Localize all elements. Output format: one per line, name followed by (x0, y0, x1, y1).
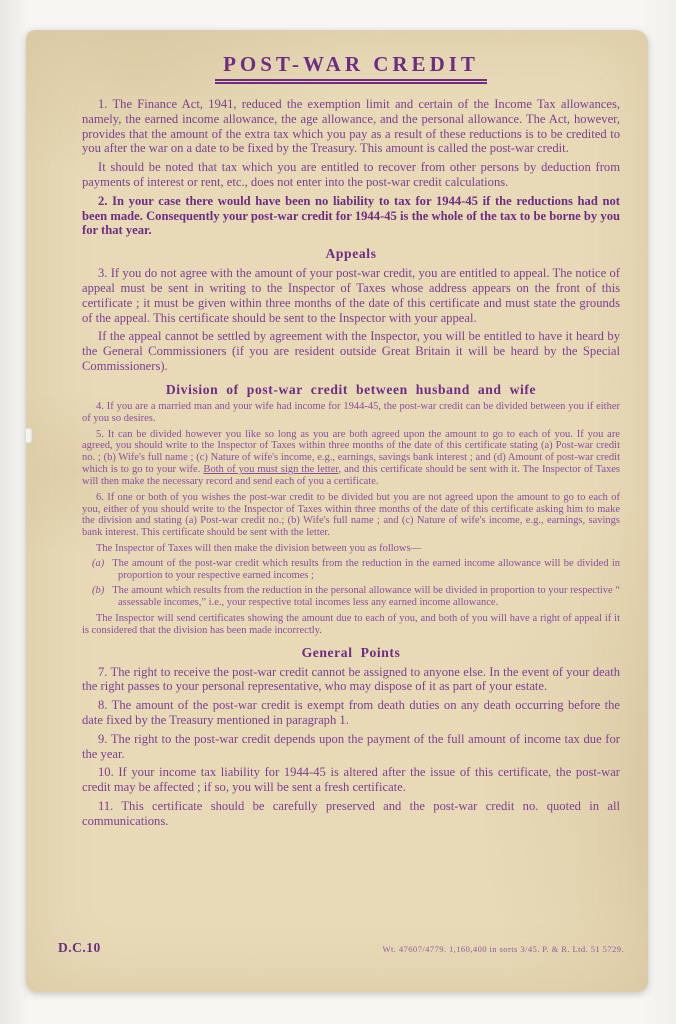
form-number: D.C.10 (58, 940, 101, 956)
paragraph-10: 10. If your income tax liability for 194… (82, 765, 620, 795)
paragraph-note: It should be noted that tax which you ar… (82, 160, 620, 190)
paragraph-6: 6. If one or both of you wishes the post… (82, 492, 620, 540)
division-item-b-label: (b) (92, 585, 112, 596)
paragraph-4: 4. If you are a married man and your wif… (82, 401, 620, 425)
page-footer: D.C.10 Wt. 47607/4779. 1,160,400 in sort… (58, 940, 624, 956)
paragraph-3: 3. If you do not agree with the amount o… (82, 266, 620, 325)
paragraph-9: 9. The right to the post-war credit depe… (82, 732, 620, 762)
printer-imprint: Wt. 47607/4779. 1,160,400 in sorts 3/45.… (382, 944, 624, 954)
division-item-b-text: The amount which results from the reduct… (112, 585, 620, 608)
paragraph-5: 5. It can be divided however you like so… (82, 429, 620, 489)
paragraph-5-underlined-phrase: Both of you must sign the letter (203, 464, 338, 475)
scan-background: POST-WAR CREDIT 1. The Finance Act, 1941… (0, 0, 676, 1024)
paragraph-1: 1. The Finance Act, 1941, reduced the ex… (82, 97, 620, 156)
general-points-heading: General Points (82, 645, 620, 661)
paragraph-11: 11. This certificate should be carefully… (82, 799, 620, 829)
division-item-a-label: (a) (92, 558, 112, 569)
paper-edge-notch (26, 428, 33, 443)
paragraph-2: 2. In your case there would have been no… (82, 194, 620, 238)
division-follows-line: The Inspector of Taxes will then make th… (82, 543, 620, 555)
division-item-a: (a)The amount of the post-war credit whi… (82, 558, 620, 582)
certificate-page: POST-WAR CREDIT 1. The Finance Act, 1941… (26, 30, 648, 992)
division-heading: Division of post-war credit between husb… (82, 382, 620, 398)
division-item-b: (b)The amount which results from the red… (82, 585, 620, 609)
page-title: POST-WAR CREDIT (82, 52, 620, 84)
division-item-a-text: The amount of the post-war credit which … (112, 558, 620, 581)
division-closing: The Inspector will send certificates sho… (82, 613, 620, 637)
paragraph-8: 8. The amount of the post-war credit is … (82, 698, 620, 728)
paragraph-3b: If the appeal cannot be settled by agree… (82, 329, 620, 373)
appeals-heading: Appeals (82, 246, 620, 262)
page-title-text: POST-WAR CREDIT (215, 52, 487, 84)
paragraph-7: 7. The right to receive the post-war cre… (82, 665, 620, 695)
